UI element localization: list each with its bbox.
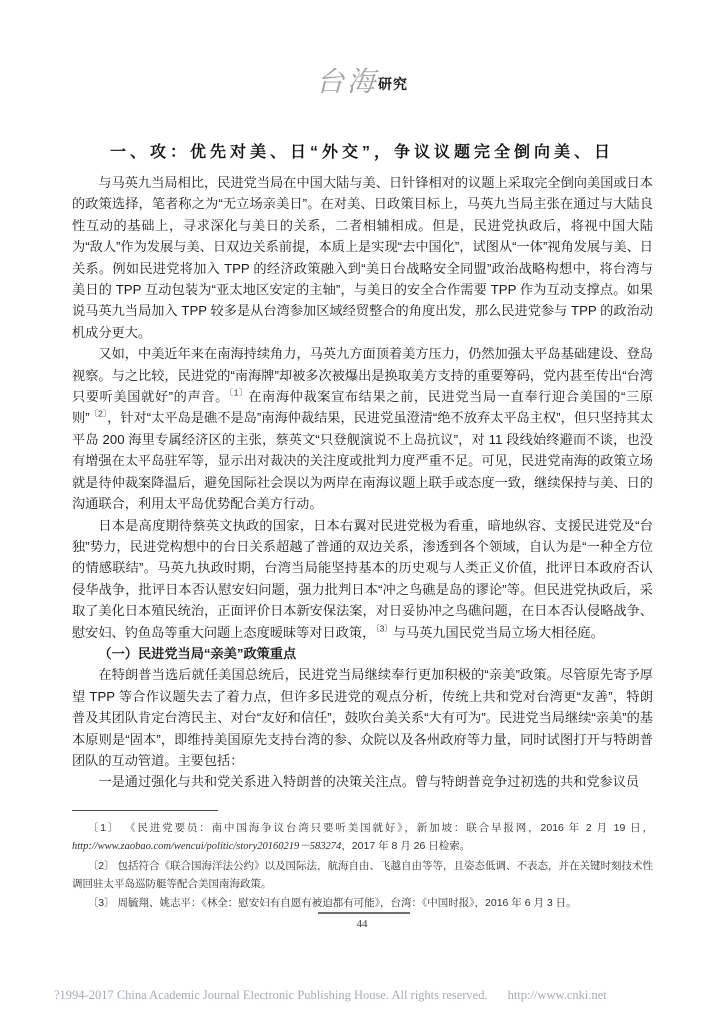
paragraph-5: 一是通过强化与共和党关系进入特朗普的决策关注点。曾与特朗普竞争过初选的共和党参议…	[72, 771, 653, 792]
paragraph-4: 在特朗普当选后就任美国总统后，民进党当局继续奉行更加积极的“亲美”政策。尽管原先…	[72, 664, 653, 771]
journal-page: 台海研究 一、攻：优先对美、日“外交”，争议议题完全倒向美、日 与马英九当局相比…	[0, 0, 724, 1024]
page-number: 44	[0, 918, 724, 930]
footnote-1-url: http://www.zaobao.com/wencui/politic/sto…	[72, 841, 341, 852]
footnote-1-marker: 〔1〕	[88, 822, 120, 834]
paragraph-1: 与马英九当局相比，民进党当局在中国大陆与美、日针锋相对的议题上采取完全倒向美国或…	[72, 172, 653, 343]
paragraph-3: 日本是高度期待蔡英文执政的国家，日本右翼对民进党极为看重，暗地纵容、支援民进党及…	[72, 515, 653, 643]
paragraph-1-text: 与马英九当局相比，民进党当局在中国大陆与美、日针锋相对的议题上采取完全倒向美国或…	[72, 175, 653, 340]
footnotes: 〔1〕 《民进党要员：南中国海争议台湾只要听美国就好》，新加坡：联合早报网，20…	[72, 819, 653, 912]
paragraph-3-seg1: 日本是高度期待蔡英文执政的国家，日本右翼对民进党极为看重，暗地纵容、支援民进党及…	[72, 518, 653, 640]
paragraph-3-seg2: 与马英九国民党当局立场大相径庭。	[393, 625, 604, 640]
footnote-ref-3: 〔3〕	[375, 623, 392, 633]
footnote-2: 〔2〕 包括符合《联合国海洋法公约》以及国际法，航海自由、飞越自由等等，且姿态低…	[72, 857, 653, 894]
journal-logo-suffix: 研究	[378, 76, 408, 92]
footnote-1-text-after: ，2017 年 8 月 26 日检索。	[341, 840, 470, 852]
subsection-heading: （一）民进党当局“亲美”政策重点	[72, 643, 653, 664]
article-body: 与马英九当局相比，民进党当局在中国大陆与美、日针锋相对的议题上采取完全倒向美国或…	[72, 172, 653, 793]
journal-logo-script: 台海	[316, 65, 378, 98]
paragraph-2: 又如，中美近年来在南海持续角力，马英九方面顶着美方压力，仍然加强太平岛基础建设、…	[72, 343, 653, 514]
paragraph-2-seg3: ，针对“太平岛是礁不是岛”南海仲裁结果，民进党虽澄清“绝不放弃太平岛主权”，但只…	[72, 410, 653, 511]
footer-url: http://www.cnki.net	[508, 988, 607, 1002]
journal-logo: 台海研究	[0, 60, 724, 100]
paragraph-5-text: 一是通过强化与共和党关系进入特朗普的决策关注点。曾与特朗普竞争过初选的共和党参议…	[98, 774, 639, 789]
cnki-footer: ?1994-2017 China Academic Journal Electr…	[54, 988, 694, 1003]
footnote-ref-1: 〔1〕	[229, 388, 248, 398]
section-heading: 一、攻：优先对美、日“外交”，争议议题完全倒向美、日	[0, 139, 724, 162]
footnote-3-marker: 〔3〕	[88, 897, 115, 909]
footnote-2-marker: 〔2〕	[88, 860, 115, 872]
footnote-1: 〔1〕 《民进党要员：南中国海争议台湾只要听美国就好》，新加坡：联合早报网，20…	[72, 819, 653, 857]
footnote-2-text: 包括符合《联合国海洋法公约》以及国际法，航海自由、飞越自由等等，且姿态低调、不表…	[72, 860, 653, 890]
paragraph-4-text: 在特朗普当选后就任美国总统后，民进党当局继续奉行更加积极的“亲美”政策。尽管原先…	[72, 667, 653, 768]
page-number-rule	[318, 912, 410, 914]
footnote-1-text: 《民进党要员：南中国海争议台湾只要听美国就好》，新加坡：联合早报网，2016 年…	[125, 822, 653, 834]
footnote-ref-2: 〔2〕	[90, 409, 108, 419]
footnote-separator	[72, 810, 218, 811]
footnote-3: 〔3〕 周毓翔、姚志平：《林全：慰安妇有自愿有被迫都有可能》，台湾：《中国时报》…	[72, 894, 653, 912]
footer-copyright: ?1994-2017 China Academic Journal Electr…	[54, 988, 488, 1002]
footnote-3-text: 周毓翔、姚志平：《林全：慰安妇有自愿有被迫都有可能》，台湾：《中国时报》，201…	[118, 897, 577, 909]
